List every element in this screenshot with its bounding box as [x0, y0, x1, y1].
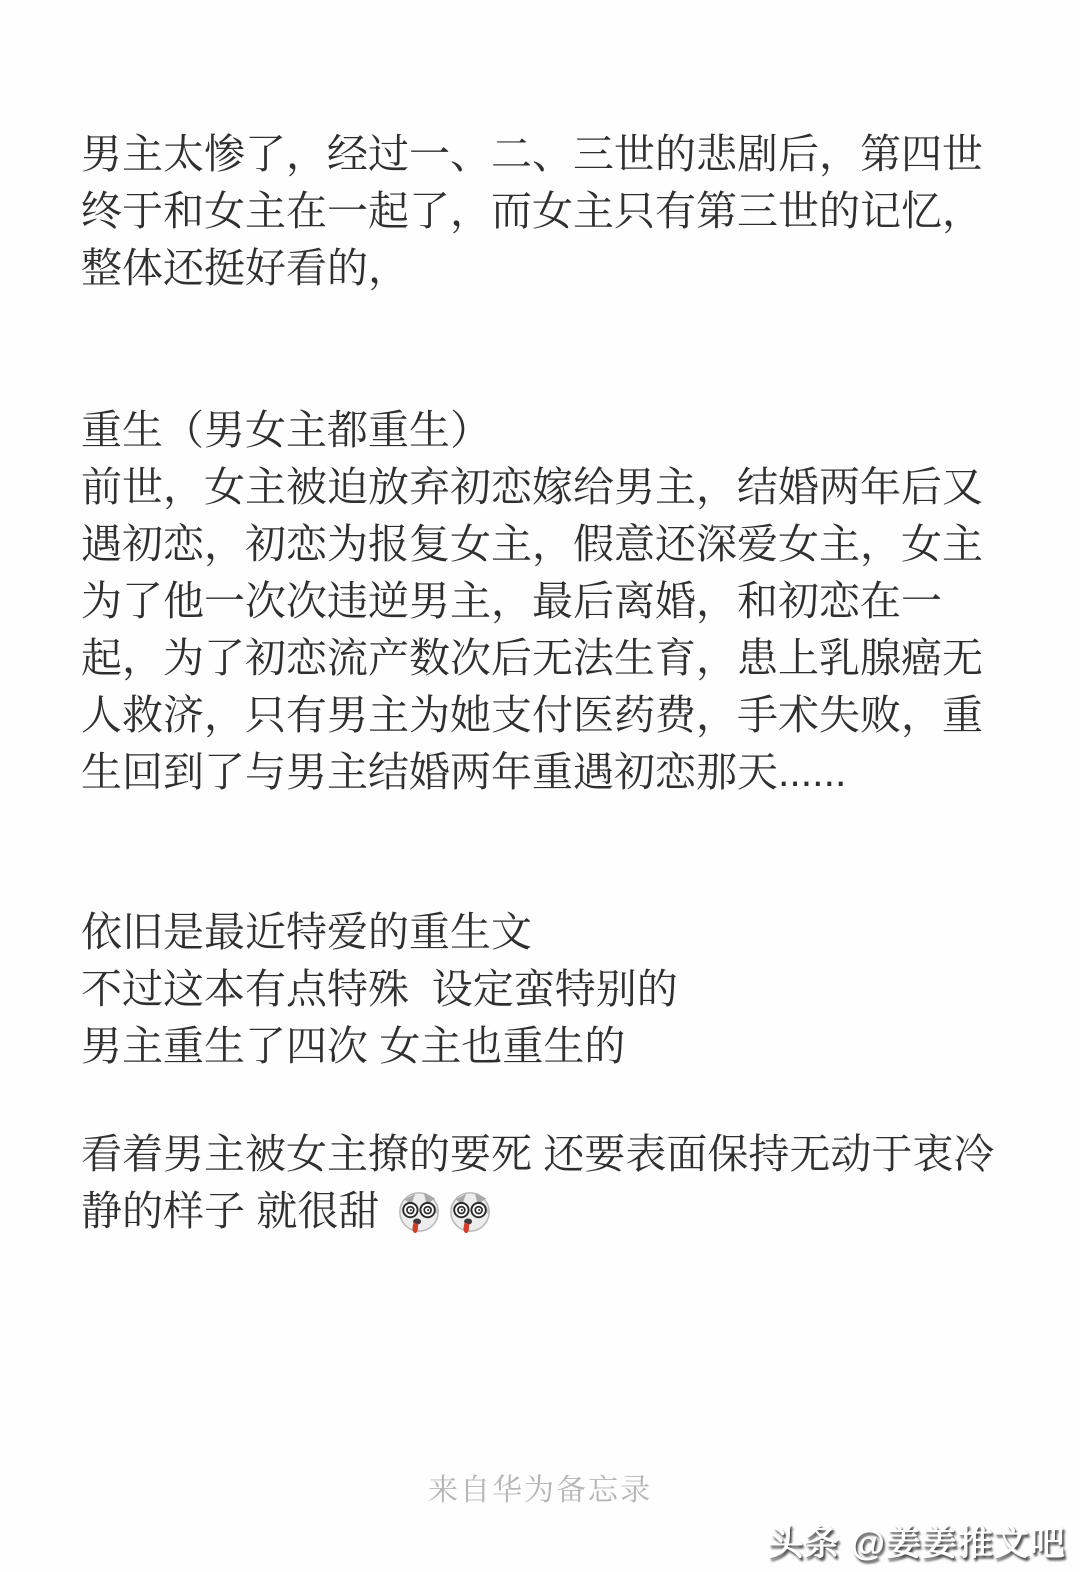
memo-source-label: 来自华为备忘录 — [0, 1472, 1080, 1510]
drooling-husky-emoji — [396, 1188, 442, 1234]
review-paragraph-1: 男主太惨了，经过一、二、三世的悲剧后，第四世终于和女主在一起了，而女主只有第三世… — [81, 126, 1003, 297]
closing-paragraph: 看着男主被女主撩的要死 还要表面保持无动于衷冷静的样子 就很甜 — [81, 1126, 1003, 1240]
comment-paragraph: 依旧是最近特爱的重生文 不过这本有点特殊 设定蛮特别的 男主重生了四次 女主也重… — [81, 904, 1003, 1075]
closing-paragraph-text: 看着男主被女主撩的要死 还要表面保持无动于衷冷静的样子 就很甜 — [81, 1131, 994, 1234]
synopsis-paragraph: 重生（男女主都重生） 前世，女主被迫放弃初恋嫁给男主，结婚两年后又遇初恋，初恋为… — [81, 402, 1003, 801]
drooling-husky-emoji — [447, 1188, 493, 1234]
memo-screenshot-page: 男主太惨了，经过一、二、三世的悲剧后，第四世终于和女主在一起了，而女主只有第三世… — [0, 0, 1080, 1572]
toutiao-watermark: 头条 @姜姜推文吧 — [768, 1516, 1066, 1566]
